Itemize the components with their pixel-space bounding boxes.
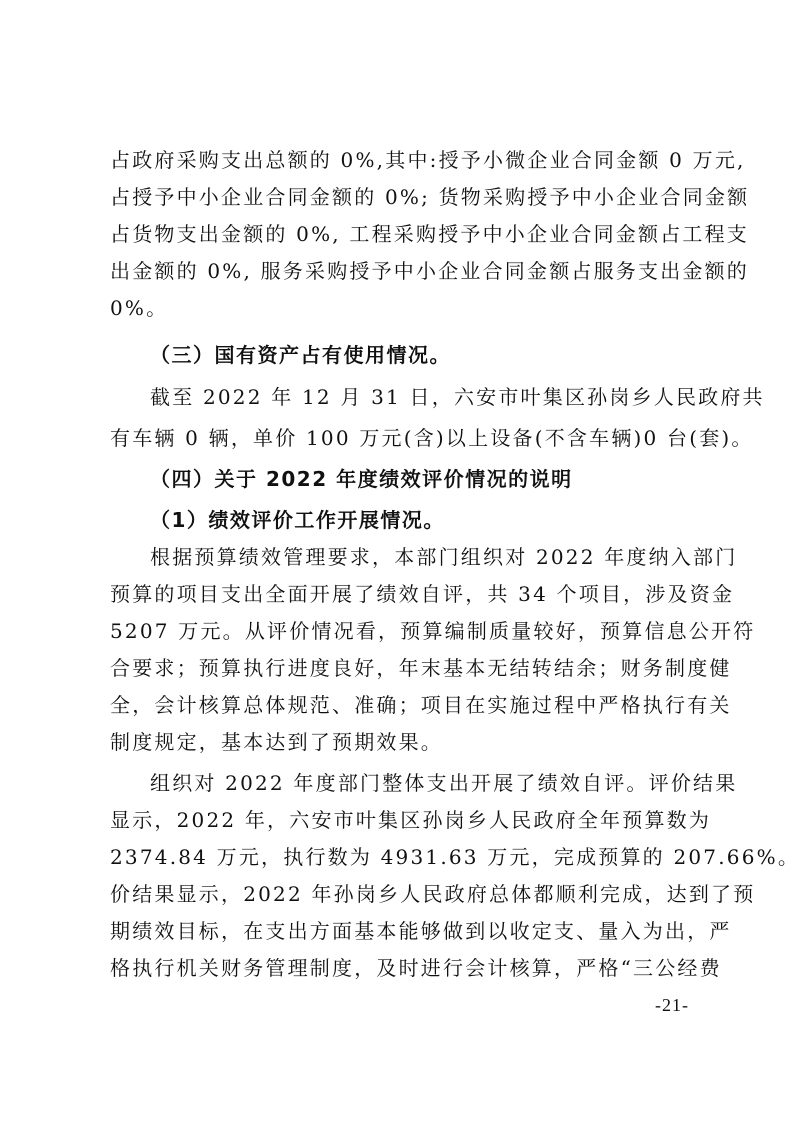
- paragraph-line: 价结果显示，2022 年孙岗乡人民政府总体都顺利完成，达到了预: [110, 882, 700, 906]
- section-heading: （四）关于 2022 年度绩效评价情况的说明: [150, 467, 700, 491]
- paragraph-line: 有车辆 0 辆，单价 100 万元(含)以上设备(不含车辆)0 台(套)。: [110, 426, 700, 450]
- paragraph-line: 占货物支出金额的 0%, 工程采购授予中小企业合同金额占工程支: [110, 222, 700, 246]
- paragraph-line: 全，会计核算总体规范、准确；项目在实施过程中严格执行有关: [110, 693, 700, 717]
- paragraph-line: 期绩效目标，在支出方面基本能够做到以收定支、量入为出，严: [110, 919, 700, 943]
- paragraph-line: 占授予中小企业合同金额的 0%; 货物采购授予中小企业合同金额: [110, 185, 700, 209]
- section-heading: （三）国有资产占有使用情况。: [150, 343, 700, 367]
- paragraph-line: 格执行机关财务管理制度，及时进行会计核算，严格“三公经费: [110, 956, 700, 980]
- page-number: -21-: [655, 995, 689, 1016]
- paragraph-line: 合要求；预算执行进度良好，年末基本无结转结余；财务制度健: [110, 656, 700, 680]
- paragraph-line: 显示，2022 年，六安市叶集区孙岗乡人民政府全年预算数为: [110, 808, 700, 832]
- paragraph-line: 2374.84 万元，执行数为 4931.63 万元，完成预算的 207.66%…: [110, 845, 700, 869]
- paragraph-line: 根据预算绩效管理要求，本部门组织对 2022 年度纳入部门: [150, 545, 700, 569]
- paragraph-line: 预算的项目支出全面开展了绩效自评，共 34 个项目，涉及资金: [110, 582, 700, 606]
- paragraph-line: 组织对 2022 年度部门整体支出开展了绩效自评。评价结果: [150, 771, 700, 795]
- section-heading: （1）绩效评价工作开展情况。: [150, 508, 700, 532]
- paragraph-line: 制度规定，基本达到了预期效果。: [110, 730, 700, 754]
- paragraph-line: 占政府采购支出总额的 0%,其中:授予小微企业合同金额 0 万元,: [110, 148, 700, 172]
- paragraph-line: 0%。: [110, 296, 700, 320]
- document-page: 占政府采购支出总额的 0%,其中:授予小微企业合同金额 0 万元,占授予中小企业…: [0, 0, 793, 1122]
- paragraph-line: 出金额的 0%, 服务采购授予中小企业合同金额占服务支出金额的: [110, 259, 700, 283]
- paragraph-line: 截至 2022 年 12 月 31 日，六安市叶集区孙岗乡人民政府共: [150, 385, 700, 409]
- paragraph-line: 5207 万元。从评价情况看，预算编制质量较好，预算信息公开符: [110, 619, 700, 643]
